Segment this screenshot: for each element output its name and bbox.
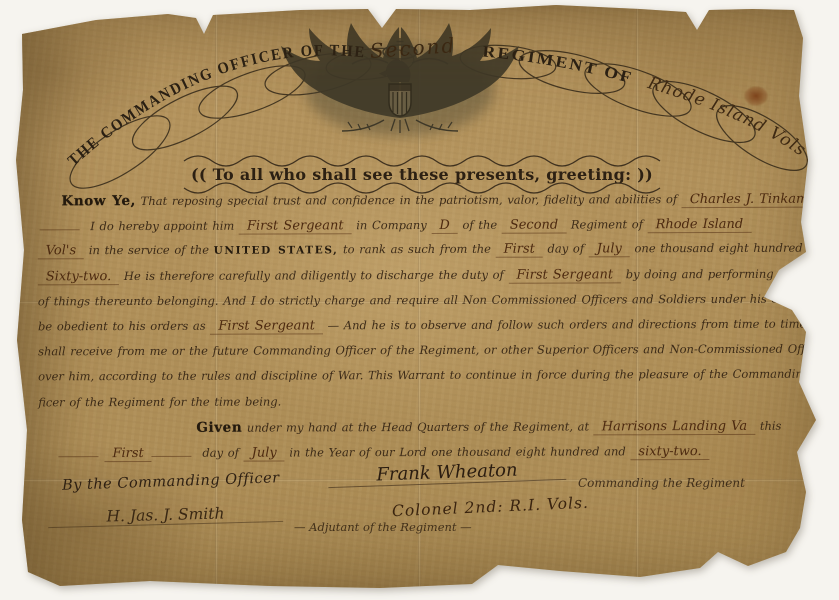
printed-text: day of — [198, 446, 244, 460]
printed-text: — And he is to observe and follow such o… — [323, 316, 839, 332]
printed-text: in Company — [352, 218, 432, 232]
handwritten-entry: First Sergeant — [239, 218, 352, 234]
blank-rule — [152, 445, 192, 457]
printed-text: UNITED STATES, — [214, 245, 339, 257]
ink-stain — [748, 88, 764, 102]
printed-text: He is therefore carefully and diligently… — [119, 267, 508, 282]
handwritten-entry: Sixty-two. — [38, 269, 120, 285]
printed-text: of the — [458, 218, 502, 232]
handwritten-entry: sixty-two. — [630, 444, 709, 460]
adjutant-signature: H. Jas. J. Smith — [48, 503, 283, 528]
greeting-text: (( To all who shall see these presents, … — [191, 165, 653, 184]
body-line: be obedient to his orders as First Serge… — [38, 317, 812, 345]
handwritten-entry: Harrisons Landing Va — [594, 419, 755, 436]
commander-rank-handwritten: Colonel 2nd: R.I. Vols. — [392, 494, 590, 521]
handwritten-entry: July — [589, 242, 630, 258]
handwritten-entry: Charles J. Tinkam — [682, 192, 817, 208]
printed-text: Regiment of — [566, 217, 647, 231]
handwritten-entry: First Sergeant — [210, 318, 323, 334]
paper-surface: THE COMMANDING OFFICER OF THE REGIMENT O… — [0, 0, 839, 600]
printed-text: day of — [543, 242, 589, 256]
handwritten-entry: Rhode Island — [648, 217, 752, 233]
torn-paper-document: THE COMMANDING OFFICER OF THE REGIMENT O… — [0, 0, 839, 600]
printed-text: of things thereunto belonging. And I do … — [38, 291, 839, 308]
body-line: Sixty-two. He is therefore carefully and… — [38, 266, 812, 294]
printed-text: ficer of the Regiment for the time being… — [38, 394, 281, 409]
body-line: ficer of the Regiment for the time being… — [38, 392, 812, 420]
handwritten-entry: First — [104, 446, 151, 462]
printed-text: over him, according to the rules and dis… — [38, 367, 832, 384]
body-line: of things thereunto belonging. And I do … — [38, 291, 812, 319]
body-line: shall receive from me or the future Comm… — [38, 342, 812, 370]
handwritten-entry: July — [244, 445, 285, 461]
printed-text: in the Year of our Lord one thousand eig… — [285, 444, 631, 459]
printed-text: Know Ye, — [62, 193, 136, 209]
printed-text: this — [755, 418, 781, 432]
scan-stage: THE COMMANDING OFFICER OF THE REGIMENT O… — [0, 0, 839, 600]
page-background: { "colors":{"bg":"#f6f4ef","paper":"#b59… — [0, 0, 839, 600]
body-line: Vol's in the service of the UNITED STATE… — [38, 241, 812, 269]
by-commanding-officer-label: By the Commanding Officer — [62, 470, 280, 494]
handwritten-entry: First Sergeant — [508, 267, 621, 283]
printed-text: I do hereby appoint him — [86, 219, 239, 234]
printed-text: by doing and performing all manner — [621, 266, 839, 281]
handwritten-entry: D — [431, 218, 457, 234]
printed-text: to rank as such from the — [338, 242, 495, 257]
printed-text: shall receive from me or the future Comm… — [38, 342, 839, 359]
handwritten-entry: First — [496, 242, 543, 258]
handwritten-entry: Vol's — [38, 244, 84, 260]
adjutant-of-regiment-label: — Adjutant of the Regiment — — [294, 520, 472, 534]
printed-text: Given — [196, 419, 242, 435]
printed-text: one thousand eight hundred and — [630, 241, 829, 256]
body-line: Know Ye, That reposing special trust and… — [38, 191, 812, 219]
printed-text: That reposing special trust and confiden… — [136, 192, 682, 208]
body-text: Know Ye, That reposing special trust and… — [38, 191, 813, 471]
blank-rule — [40, 218, 80, 230]
printed-text: be obedient to his orders as — [38, 319, 210, 334]
printed-text: in the service of the — [84, 243, 214, 257]
blank-rule — [58, 445, 98, 457]
commanding-regiment-label: Commanding the Regiment — [578, 476, 745, 490]
body-line: I do hereby appoint him First Sergeant i… — [38, 216, 812, 244]
body-line: over him, according to the rules and dis… — [38, 367, 812, 395]
regiment-state-handwritten: Rhode Island Vols — [645, 73, 811, 161]
printed-text: under my hand at the Head Quarters of th… — [242, 419, 594, 434]
body-line: Given under my hand at the Head Quarters… — [38, 417, 812, 445]
greeting-banner: (( To all who shall see these presents, … — [176, 154, 668, 196]
handwritten-entry: Second — [502, 218, 566, 234]
